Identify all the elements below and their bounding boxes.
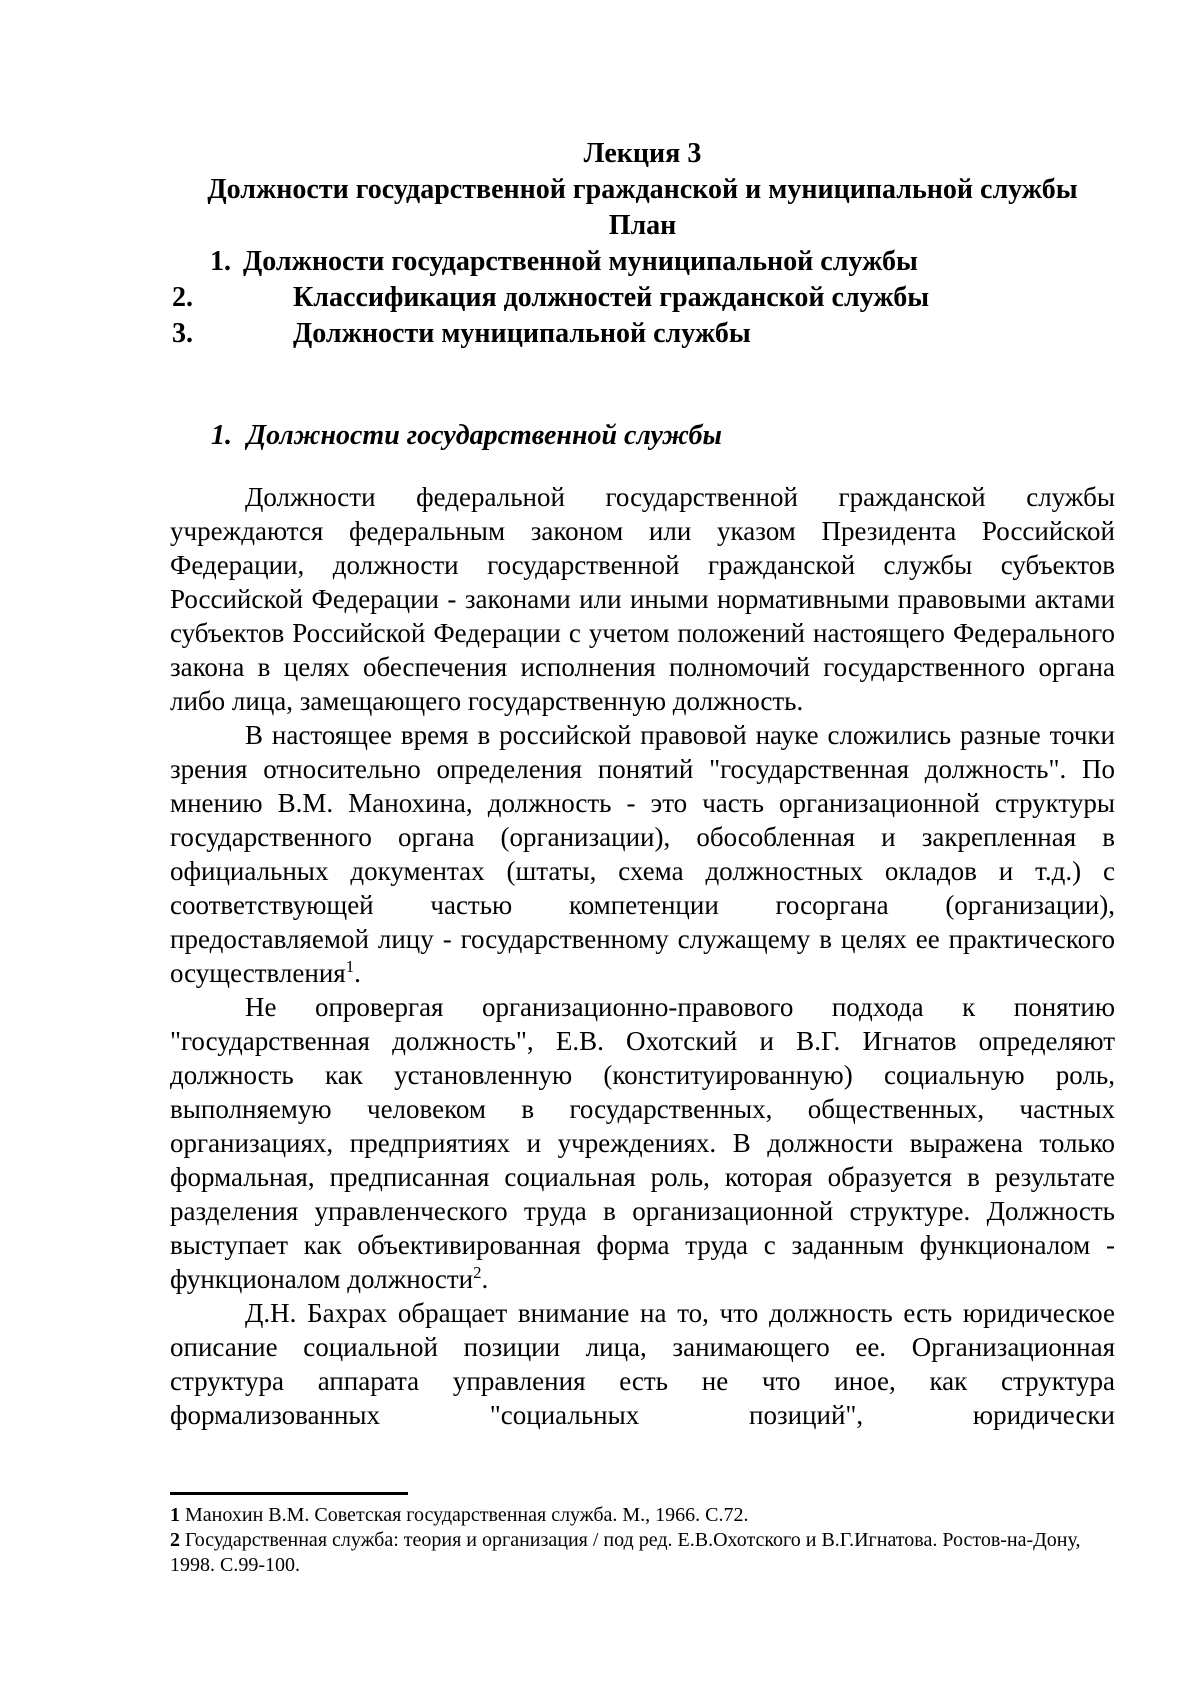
section-heading-number: 1.	[211, 418, 232, 454]
paragraph-1: Должности федеральной государственной гр…	[170, 480, 1115, 718]
plan-item-2-label: Классификация должностей гражданской слу…	[293, 280, 1115, 316]
plan-heading: План	[170, 208, 1115, 244]
plan-item-3-label: Должности муниципальной службы	[293, 316, 1115, 352]
paragraph-4: Д.Н. Бахрах обращает внимание на то, что…	[170, 1296, 1115, 1432]
footnote-separator	[170, 1492, 408, 1495]
footnote-2-text: Государственная служба: теория и организ…	[170, 1529, 1081, 1576]
document-header: Лекция 3 Должности государственной гражд…	[170, 136, 1115, 244]
section-heading-title: Должности государственной службы	[247, 418, 1115, 454]
plan-item-3: 3. Должности муниципальной службы	[170, 316, 1115, 352]
footnote-2: 2 Государственная служба: теория и орган…	[170, 1528, 1115, 1578]
footnotes-section: 1 Манохин В.М. Советская государственная…	[170, 1492, 1115, 1578]
section-heading: 1. Должности государственной службы	[170, 418, 1115, 454]
plan-item-1-number: 1.	[210, 244, 231, 280]
footnote-ref-2: 2	[473, 1263, 481, 1282]
footnote-1-number: 1	[170, 1504, 180, 1526]
document-title: Должности государственной гражданской и …	[170, 172, 1115, 208]
paragraph-3-text: Не опровергая организационно-правового п…	[170, 992, 1115, 1294]
footnote-1: 1 Манохин В.М. Советская государственная…	[170, 1503, 1115, 1528]
paragraph-3-period: .	[482, 1264, 489, 1294]
document-page: Лекция 3 Должности государственной гражд…	[0, 0, 1200, 1698]
paragraph-2: В настоящее время в российской правовой …	[170, 718, 1115, 990]
paragraph-2-period: .	[354, 958, 361, 988]
plan-item-1-label: Должности государственной муниципальной …	[243, 244, 1115, 280]
footnote-1-text: Манохин В.М. Советская государственная с…	[185, 1504, 749, 1526]
paragraph-3: Не опровергая организационно-правового п…	[170, 990, 1115, 1296]
plan-item-3-number: 3.	[172, 316, 193, 352]
body-text: Должности федеральной государственной гр…	[170, 480, 1115, 1432]
plan-item-2-number: 2.	[172, 280, 193, 316]
plan-item-2: 2. Классификация должностей гражданской …	[170, 280, 1115, 316]
plan-list: 1. Должности государственной муниципальн…	[170, 244, 1115, 352]
lecture-number-title: Лекция 3	[170, 136, 1115, 172]
footnote-ref-1: 1	[346, 957, 354, 976]
paragraph-2-text: В настоящее время в российской правовой …	[170, 720, 1115, 988]
document-content: Лекция 3 Должности государственной гражд…	[170, 136, 1115, 1432]
plan-item-1: 1. Должности государственной муниципальн…	[170, 244, 1115, 280]
footnote-2-number: 2	[170, 1529, 180, 1551]
